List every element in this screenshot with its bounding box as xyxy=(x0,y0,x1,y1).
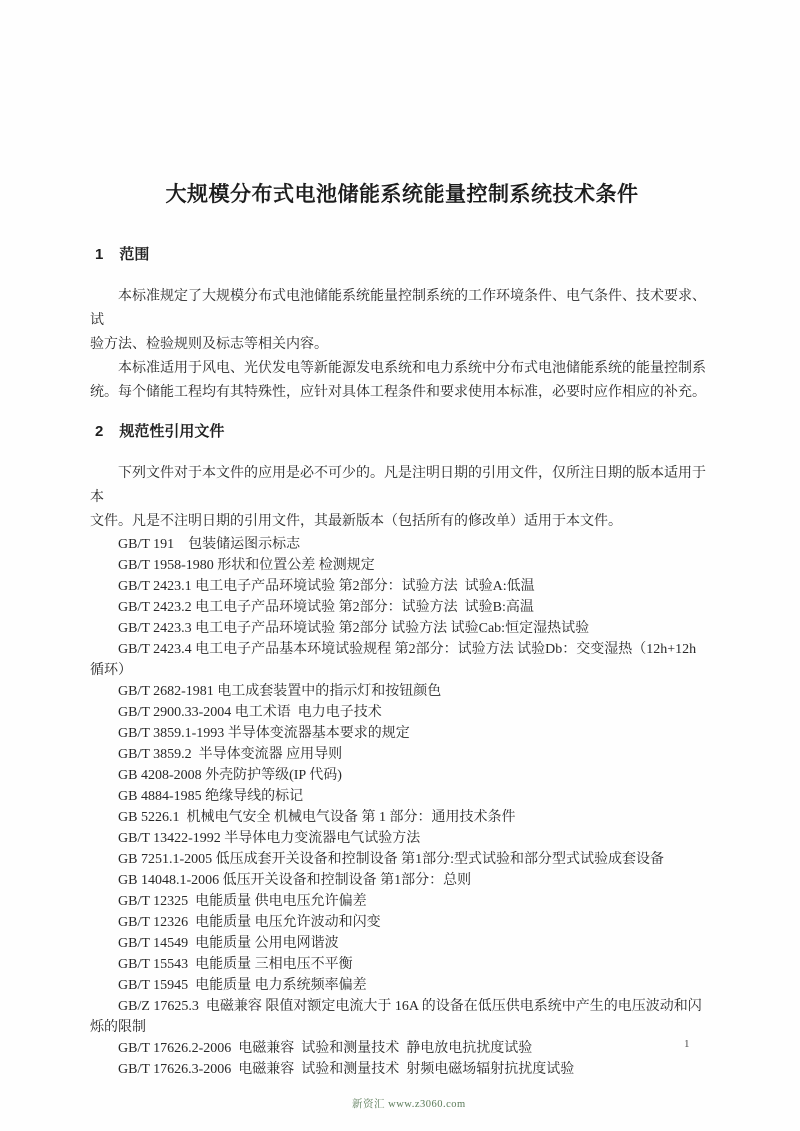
watermark-text: 新资汇 www.z3060.com xyxy=(352,1096,466,1111)
reference-entry: GB/T 1958-1980 形状和位置公差 检测规定 xyxy=(90,555,718,576)
text-line: GB 7251.1-2005 低压成套开关设备和控制设备 第1部分:型式试验和部… xyxy=(90,849,718,870)
text-line: GB/T 2900.33-2004 电工术语 电力电子技术 xyxy=(90,702,718,723)
text-line: GB/Z 17625.3 电磁兼容 限值对额定电流大于 16A 的设备在低压供电… xyxy=(90,996,718,1017)
reference-entry: GB/T 3859.1-1993 半导体变流器基本要求的规定 xyxy=(90,723,718,744)
text-line: GB/T 2423.4 电工电子产品基本环境试验规程 第2部分：试验方法 试验D… xyxy=(90,639,718,660)
reference-entry: GB/T 13422-1992 半导体电力变流器电气试验方法 xyxy=(90,828,718,849)
document-body: 1范围本标准规定了大规模分布式电池储能系统能量控制系统的工作环境条件、电气条件、… xyxy=(90,240,718,1080)
text-line: GB/T 13422-1992 半导体电力变流器电气试验方法 xyxy=(90,828,718,849)
text-line: GB/T 3859.2 半导体变流器 应用导则 xyxy=(90,744,718,765)
text-line: GB/T 1958-1980 形状和位置公差 检测规定 xyxy=(90,555,718,576)
reference-entry: GB/T 2423.4 电工电子产品基本环境试验规程 第2部分：试验方法 试验D… xyxy=(90,639,718,681)
reference-entry: GB/T 12325 电能质量 供电电压允许偏差 xyxy=(90,891,718,912)
text-line: GB/T 15945 电能质量 电力系统频率偏差 xyxy=(90,975,718,996)
reference-entry: GB/Z 17625.3 电磁兼容 限值对额定电流大于 16A 的设备在低压供电… xyxy=(90,996,718,1038)
text-line: GB 14048.1-2006 低压开关设备和控制设备 第1部分：总则 xyxy=(90,870,718,891)
reference-entry: GB/T 2423.1 电工电子产品环境试验 第2部分：试验方法 试验A:低温 xyxy=(90,576,718,597)
text-line: GB/T 15543 电能质量 三相电压不平衡 xyxy=(90,954,718,975)
section-title: 范围 xyxy=(119,246,149,263)
paragraph: 本标准规定了大规模分布式电池储能系统能量控制系统的工作环境条件、电气条件、技术要… xyxy=(90,285,718,357)
reference-entry: GB/T 15945 电能质量 电力系统频率偏差 xyxy=(90,975,718,996)
reference-entry: GB 4208-2008 外壳防护等级(IP 代码) xyxy=(90,765,718,786)
paragraph: 下列文件对于本文件的应用是必不可少的。凡是注明日期的引用文件，仅所注日期的版本适… xyxy=(90,462,718,534)
section-number: 2 xyxy=(95,423,103,440)
section-number: 1 xyxy=(95,246,103,263)
page-number: 1 xyxy=(684,1038,690,1050)
reference-entry: GB/T 15543 电能质量 三相电压不平衡 xyxy=(90,954,718,975)
reference-entry: GB/T 2423.3 电工电子产品环境试验 第2部分 试验方法 试验Cab:恒… xyxy=(90,618,718,639)
section-heading-1: 1范围 xyxy=(90,245,718,265)
reference-entry: GB/T 3859.2 半导体变流器 应用导则 xyxy=(90,744,718,765)
reference-entry: GB/T 2900.33-2004 电工术语 电力电子技术 xyxy=(90,702,718,723)
text-line: GB/T 12325 电能质量 供电电压允许偏差 xyxy=(90,891,718,912)
text-line: GB/T 191 包装储运图示标志 xyxy=(90,534,718,555)
text-line: GB/T 2682-1981 电工成套装置中的指示灯和按钮颜色 xyxy=(90,681,718,702)
text-line: GB 5226.1 机械电气安全 机械电气设备 第 1 部分：通用技术条件 xyxy=(90,807,718,828)
reference-entry: GB/T 17626.3-2006 电磁兼容 试验和测量技术 射频电磁场辐射抗扰… xyxy=(90,1059,718,1080)
reference-entry: GB/T 12326 电能质量 电压允许波动和闪变 xyxy=(90,912,718,933)
text-line: GB/T 17626.2-2006 电磁兼容 试验和测量技术 静电放电抗扰度试验 xyxy=(90,1038,718,1059)
reference-entry: GB 4884-1985 绝缘导线的标记 xyxy=(90,786,718,807)
text-line: 循环） xyxy=(90,660,718,681)
text-line: 验方法、检验规则及标志等相关内容。 xyxy=(90,333,718,357)
paragraph: 本标准适用于风电、光伏发电等新能源发电系统和电力系统中分布式电池储能系统的能量控… xyxy=(90,357,718,405)
reference-entry: GB 7251.1-2005 低压成套开关设备和控制设备 第1部分:型式试验和部… xyxy=(90,849,718,870)
reference-entry: GB/T 191 包装储运图示标志 xyxy=(90,534,718,555)
text-line: 本标准适用于风电、光伏发电等新能源发电系统和电力系统中分布式电池储能系统的能量控… xyxy=(90,357,718,381)
text-line: GB/T 17626.3-2006 电磁兼容 试验和测量技术 射频电磁场辐射抗扰… xyxy=(90,1059,718,1080)
text-line: GB/T 2423.2 电工电子产品环境试验 第2部分：试验方法 试验B:高温 xyxy=(90,597,718,618)
section-heading-2: 2规范性引用文件 xyxy=(90,422,718,442)
reference-entry: GB 14048.1-2006 低压开关设备和控制设备 第1部分：总则 xyxy=(90,870,718,891)
text-line: 统。每个储能工程均有其特殊性，应针对具体工程条件和要求使用本标准，必要时应作相应… xyxy=(90,381,718,405)
text-line: 烁的限制 xyxy=(90,1017,718,1038)
reference-entry: GB/T 2682-1981 电工成套装置中的指示灯和按钮颜色 xyxy=(90,681,718,702)
document-page: 大规模分布式电池储能系统能量控制系统技术条件 1范围本标准规定了大规模分布式电池… xyxy=(0,0,800,1131)
reference-entry: GB/T 17626.2-2006 电磁兼容 试验和测量技术 静电放电抗扰度试验 xyxy=(90,1038,718,1059)
reference-entry: GB 5226.1 机械电气安全 机械电气设备 第 1 部分：通用技术条件 xyxy=(90,807,718,828)
reference-entry: GB/T 2423.2 电工电子产品环境试验 第2部分：试验方法 试验B:高温 xyxy=(90,597,718,618)
text-line: GB/T 3859.1-1993 半导体变流器基本要求的规定 xyxy=(90,723,718,744)
text-line: GB/T 2423.3 电工电子产品环境试验 第2部分 试验方法 试验Cab:恒… xyxy=(90,618,718,639)
document-title: 大规模分布式电池储能系统能量控制系统技术条件 xyxy=(90,178,714,208)
text-line: 文件。凡是不注明日期的引用文件，其最新版本（包括所有的修改单）适用于本文件。 xyxy=(90,510,718,534)
text-line: GB/T 14549 电能质量 公用电网谐波 xyxy=(90,933,718,954)
section-title: 规范性引用文件 xyxy=(119,423,224,440)
text-line: GB 4884-1985 绝缘导线的标记 xyxy=(90,786,718,807)
text-line: 本标准规定了大规模分布式电池储能系统能量控制系统的工作环境条件、电气条件、技术要… xyxy=(90,285,718,333)
text-line: GB/T 2423.1 电工电子产品环境试验 第2部分：试验方法 试验A:低温 xyxy=(90,576,718,597)
reference-entry: GB/T 14549 电能质量 公用电网谐波 xyxy=(90,933,718,954)
text-line: GB/T 12326 电能质量 电压允许波动和闪变 xyxy=(90,912,718,933)
text-line: 下列文件对于本文件的应用是必不可少的。凡是注明日期的引用文件，仅所注日期的版本适… xyxy=(90,462,718,510)
text-line: GB 4208-2008 外壳防护等级(IP 代码) xyxy=(90,765,718,786)
